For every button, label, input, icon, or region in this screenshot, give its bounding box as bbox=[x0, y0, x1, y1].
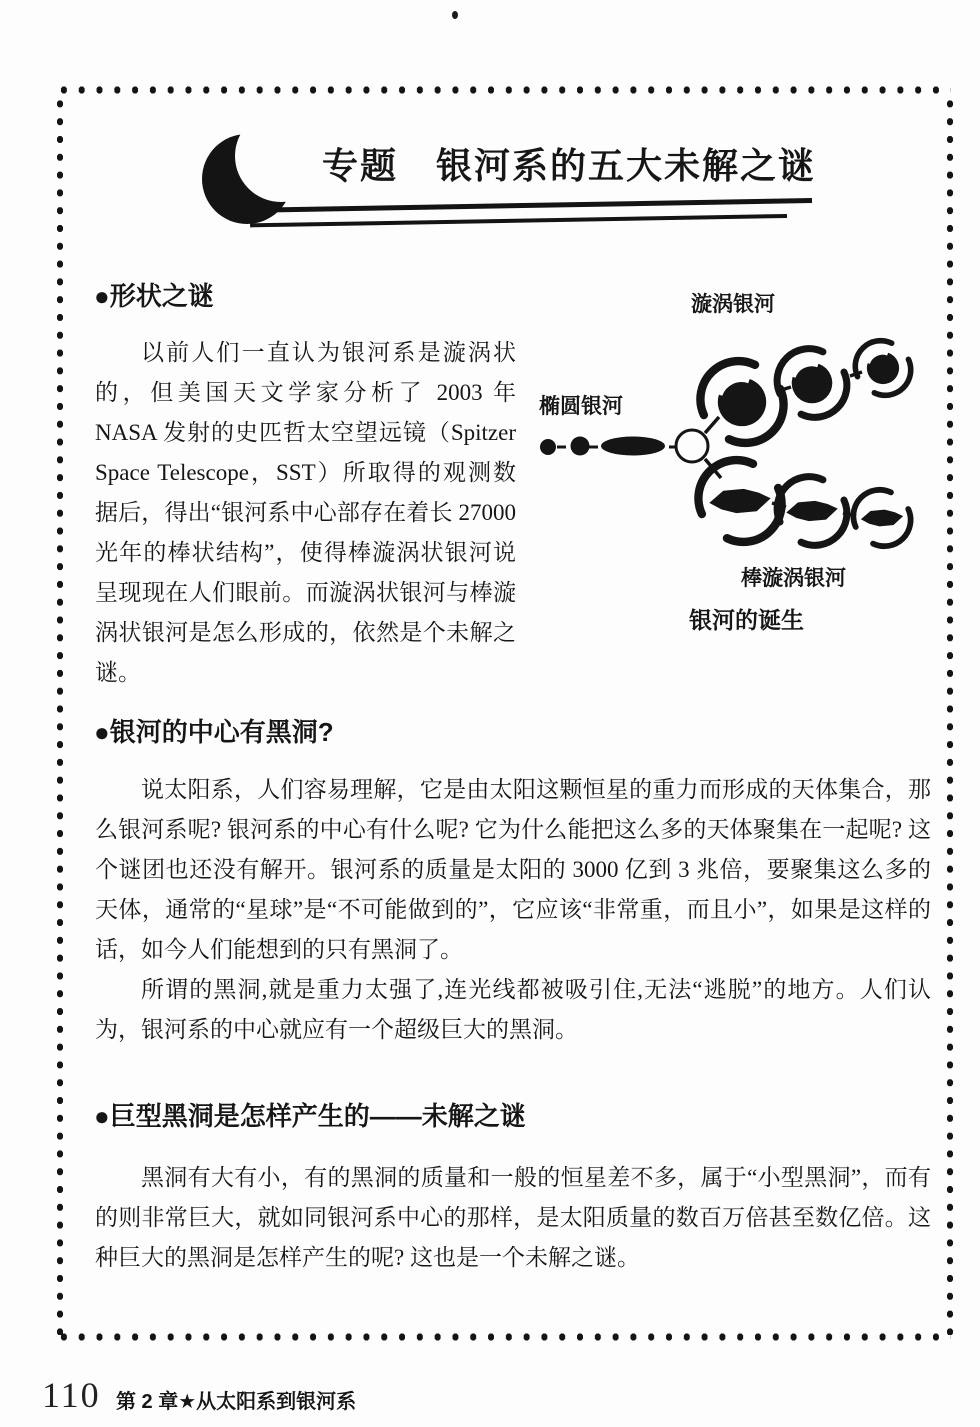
label-elliptical-galaxy: 椭圆银河 bbox=[539, 390, 623, 420]
crescent-moon-icon bbox=[202, 116, 302, 238]
paragraph-text: 以前人们一直认为银河系是漩涡状的，但美国天文学家分析了 2003 年 NASA … bbox=[95, 333, 516, 693]
section-black-hole-body: 说太阳系，人们容易理解，它是由太阳这颗恒星的重力而形成的天体集合，那么银河系呢?… bbox=[95, 770, 931, 1050]
page-title: 专题 银河系的五大未解之谜 bbox=[322, 138, 816, 189]
section-giant-black-hole-body: 黑洞有大有小，有的黑洞的质量和一般的恒星差不多，属于“小型黑洞”，而有的则非常巨… bbox=[95, 1158, 931, 1278]
paragraph-text: 说太阳系，人们容易理解，它是由太阳这颗恒星的重力而形成的天体集合，那么银河系呢?… bbox=[95, 770, 931, 970]
section-heading-shape-mystery: ●形状之谜 bbox=[94, 276, 214, 313]
page-number: 110 bbox=[42, 1374, 101, 1416]
dotted-border-right bbox=[945, 95, 955, 1335]
dotted-border-bottom bbox=[55, 1332, 951, 1342]
section-shape-body: 以前人们一直认为银河系是漩涡状的，但美国天文学家分析了 2003 年 NASA … bbox=[95, 333, 516, 693]
diagram-caption: 银河的诞生 bbox=[689, 602, 804, 635]
paragraph-text: 黑洞有大有小，有的黑洞的质量和一般的恒星差不多，属于“小型黑洞”，而有的则非常巨… bbox=[95, 1158, 931, 1278]
scan-speck bbox=[452, 11, 458, 19]
book-page: 专题 银河系的五大未解之谜 ●形状之谜 以前人们一直认为银河系是漩涡状的，但美国… bbox=[0, 0, 980, 1427]
chapter-title: 第 2 章★从太阳系到银河系 bbox=[116, 1385, 356, 1414]
dotted-border-left bbox=[55, 95, 65, 1335]
label-barred-spiral-galaxy: 棒漩涡银河 bbox=[741, 562, 846, 592]
label-spiral-galaxy: 漩涡银河 bbox=[691, 288, 775, 318]
galaxy-birth-diagram: 漩涡银河 椭圆银河 棒漩涡银河 银河的诞生 bbox=[525, 280, 945, 635]
title-rule-top bbox=[260, 198, 812, 213]
title-rule-bottom bbox=[250, 214, 787, 227]
section-heading-black-hole-center: ●银河的中心有黑洞? bbox=[94, 712, 334, 749]
paragraph-text: 所谓的黑洞,就是重力太强了,连光线都被吸引住,无法“逃脱”的地方。人们认为，银河… bbox=[95, 970, 931, 1050]
dotted-border-top bbox=[55, 85, 951, 95]
section-heading-giant-black-hole: ●巨型黑洞是怎样产生的——未解之谜 bbox=[94, 1096, 526, 1133]
galaxy-evolution-graphic bbox=[525, 280, 945, 635]
